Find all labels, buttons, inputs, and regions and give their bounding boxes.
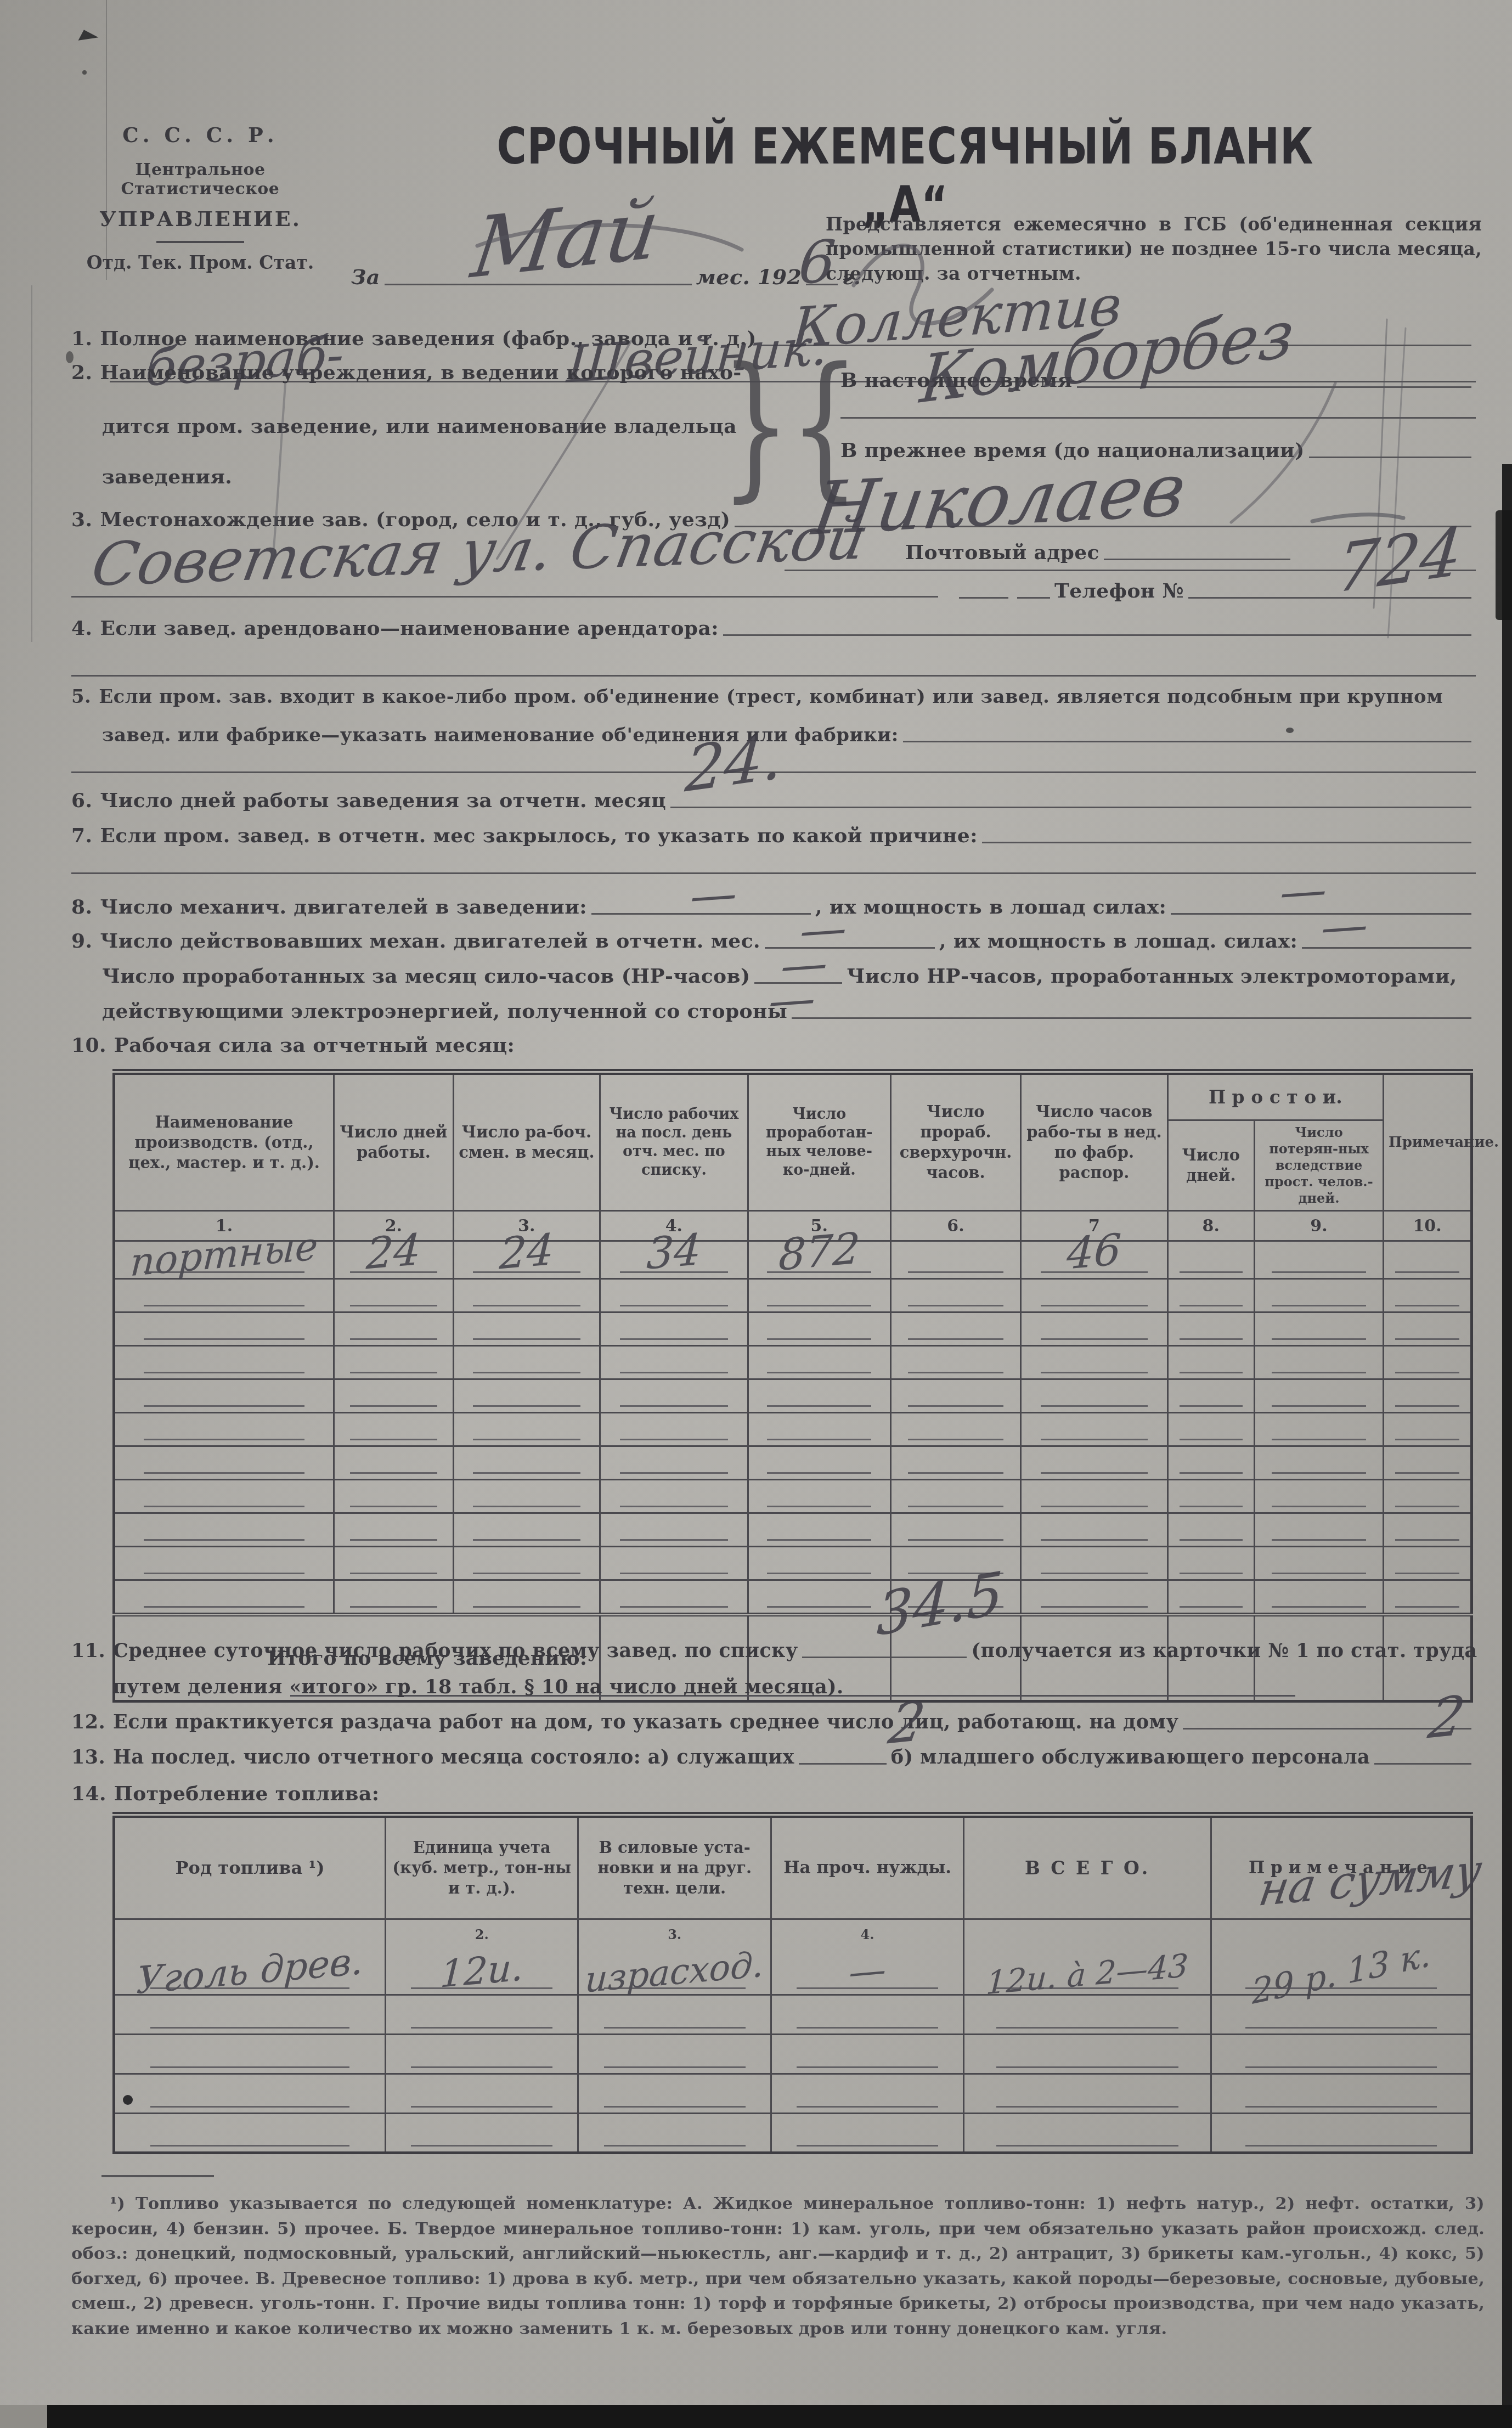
item10-line: 10. Рабочая сила за отчетный месяц:	[71, 1034, 515, 1057]
labor-table-body: портные 24 24 34 872 46	[114, 1241, 1472, 1702]
telephone-answer-line	[1188, 597, 1471, 599]
letterhead-bureau-line2: УПРАВЛЕНИЕ.	[71, 206, 329, 231]
item5-label-line1: Если пром. зав. входит в какое-либо пром…	[99, 686, 1443, 708]
item7-line: 7. Если пром. завед. в отчетн. мес закры…	[71, 824, 1476, 847]
closing-brace: }	[720, 347, 791, 504]
item12-label: Если практикуется раздача работ на дом, …	[113, 1711, 1178, 1733]
item9-label-c: Число проработанных за месяц сило-часов …	[102, 965, 750, 988]
corner-mark	[78, 30, 99, 48]
labor-data-row: портные 24 24 34 872 46	[114, 1241, 1472, 1279]
fuel-col4-header: На проч. нужды.	[771, 1815, 963, 1919]
item7-label: Если пром. завед. в отчетн. мес закрылос…	[100, 824, 977, 847]
item5-line1: 5. Если пром. зав. входит в какое-либо п…	[71, 686, 1443, 708]
item2-now-answer-line2	[840, 417, 1476, 419]
item6-answer-line	[670, 807, 1471, 808]
labor-prostoi-group-header: П р о с т о и.	[1167, 1072, 1384, 1120]
labor-colnum-8: 8.	[1167, 1211, 1254, 1241]
item10-number: 10.	[71, 1034, 106, 1057]
telephone-prefix-line1	[959, 596, 1008, 599]
item7-answer-line2	[71, 872, 1476, 874]
postal-address-line: Почтовый адрес	[905, 541, 1295, 564]
labor-table: Наименование производств. (отд., цех., м…	[112, 1069, 1473, 1703]
item11-label-b: (получается из карточки № 1 по стат. тру…	[971, 1640, 1477, 1662]
footnote-text: ¹) Топливо указывается по следующей номе…	[71, 2192, 1485, 2341]
labor-col9-header: Число потерян-ных вследствие прост. чело…	[1254, 1120, 1383, 1211]
item9-label-e: действующими электроэнергией, полученной…	[102, 1000, 787, 1023]
item4-label: Если завед. арендовано—наименование арен…	[100, 617, 718, 640]
hw-days-worked: 24	[334, 1222, 454, 1282]
item12-number: 12.	[71, 1711, 105, 1733]
scan-edge-bottom-left-gap	[0, 2405, 47, 2428]
item11-line2: путем деления «итого» гр. 18 табл. § 10 …	[112, 1676, 844, 1698]
item2-label-line3: заведения.	[102, 465, 232, 488]
item14-line: 14. Потребление топлива:	[71, 1782, 379, 1805]
labor-colnum-6: 6.	[890, 1211, 1021, 1241]
ink-blot-fuel-table	[123, 2095, 133, 2105]
scan-edge-bottom	[0, 2405, 1512, 2428]
item13-label-b: б) младшего обслуживающего персонала	[891, 1746, 1370, 1768]
fuel-data-row: Уголь древ. 12и. израсход. — 12и. à 2—43…	[114, 1948, 1472, 1995]
hw-fuel-other-use: —	[771, 1941, 963, 2001]
fuel-colnum-5	[964, 1919, 1211, 1949]
item13-answer-line-b	[1374, 1763, 1471, 1765]
item9-label-b: , их мощность в лошад. силах:	[939, 929, 1297, 953]
item8-label-a: Число механич. двигателей в заведении:	[100, 895, 587, 919]
period-mes-label: мес. 192	[696, 264, 802, 289]
item13-answer-line-a	[799, 1762, 887, 1765]
item11-label-a: Среднее суточное число рабочих по всему …	[113, 1640, 798, 1662]
item2-label-line2: дится пром. заведение, или наименование …	[102, 415, 737, 438]
labor-col8-header: Число дней.	[1167, 1120, 1254, 1211]
item2-number: 2.	[71, 361, 92, 384]
item2-before-answer-line	[1309, 457, 1471, 458]
item1-number: 1.	[71, 327, 92, 350]
item13-number: 13.	[71, 1746, 105, 1768]
letterhead-country: С. С. С. Р.	[71, 123, 329, 147]
scan-edge-right-notch	[1496, 510, 1512, 620]
item4-answer-line2	[71, 675, 1476, 677]
footnote-separator	[101, 2175, 214, 2177]
submission-note: Представляется ежемесячно в ГСБ (об'един…	[826, 212, 1482, 286]
labor-col4-header: Число рабочих на посл. день отч. мес. по…	[600, 1072, 748, 1211]
ink-speck	[82, 70, 87, 75]
item10-label: Рабочая сила за отчетный месяц:	[114, 1034, 515, 1057]
item2-line2: дится пром. заведение, или наименование …	[102, 415, 737, 438]
item9-answer-line-e	[792, 1017, 1471, 1019]
item14-number: 14.	[71, 1782, 106, 1805]
labor-col3-header: Число ра-боч. смен. в месяц.	[453, 1072, 600, 1211]
item2-line3: заведения.	[102, 465, 232, 488]
postal-address-answer-line	[1104, 559, 1290, 560]
item6-label: Число дней работы заведения за отчетн. м…	[100, 789, 666, 812]
labor-col5-header: Число проработан-ных челове-ко-дней.	[748, 1072, 890, 1211]
letterhead-bureau-line1: Центральное Статистическое	[71, 160, 329, 199]
period-g-label: г.	[842, 266, 861, 289]
fuel-col5-header: В С Е Г О.	[964, 1815, 1211, 1919]
item12-line: 12. Если практикуется раздача работ на д…	[71, 1711, 1476, 1733]
period-za-label: За	[351, 264, 380, 289]
item13-label-a: На послед. число отчетного месяца состоя…	[113, 1746, 794, 1768]
hw-fuel-unit: 12и.	[386, 1941, 578, 2001]
item5-line2: завед. или фабрике—указать наименование …	[102, 724, 1476, 746]
item11-number: 11.	[71, 1640, 105, 1662]
item4-number: 4.	[71, 617, 92, 640]
hw-year-digit: 6	[797, 227, 838, 297]
hw-fuel-power-use: израсход.	[578, 1943, 771, 2001]
item7-answer-line	[982, 842, 1471, 843]
item8-line: 8. Число механич. двигателей в заведении…	[71, 895, 1476, 919]
telephone-prefix-line2	[1017, 596, 1050, 599]
item6-number: 6.	[71, 789, 92, 812]
fuel-col3-header: В силовые уста-новки и на друг. техн. це…	[578, 1815, 771, 1919]
fuel-table-body: Уголь древ. 12и. израсход. — 12и. à 2—43…	[114, 1948, 1472, 2153]
item9-label-d: Число НР-часов, проработанных электромот…	[847, 965, 1457, 988]
telephone-label: Телефон №	[1054, 579, 1184, 602]
hw-engines-count: —	[689, 866, 739, 924]
labor-col10-header: Примечание.	[1384, 1072, 1472, 1211]
item11-answer-line	[802, 1655, 967, 1658]
item11-line1: 11. Среднее суточное число рабочих по вс…	[71, 1640, 1476, 1662]
item9-line1: 9. Число действовавших механ. двигателей…	[71, 929, 1476, 953]
item8-label-b: , их мощность в лошад силах:	[815, 895, 1166, 919]
hw-engines-power: —	[1278, 862, 1329, 920]
item7-number: 7.	[71, 824, 92, 847]
letterhead-divider	[156, 241, 244, 243]
item5-answer-line	[903, 741, 1471, 742]
item2-line1: 2. Наименование учреждения, в ведении ко…	[71, 361, 742, 384]
item14-label: Потребление топлива:	[114, 1782, 380, 1805]
hw-working-days: 24.	[683, 720, 785, 807]
fuel-colnum-3: 3.	[578, 1919, 771, 1949]
letterhead: С. С. С. Р. Центральное Статистическое У…	[71, 123, 329, 273]
item13-line: 13. На послед. число отчетного месяца со…	[71, 1746, 1476, 1768]
item4-line: 4. Если завед. арендовано—наименование а…	[71, 617, 1476, 640]
labor-col1-header: Наименование производств. (отд., цех., м…	[114, 1072, 334, 1211]
hw-electro-hours: —	[767, 971, 817, 1029]
item9-number: 9.	[71, 929, 92, 953]
item2-label-line1: Наименование учреждения, в ведении котор…	[100, 361, 741, 384]
item9-label-a: Число действовавших механ. двигателей в …	[100, 929, 760, 953]
labor-colnum-9: 9.	[1254, 1211, 1383, 1241]
item3-number: 3.	[71, 508, 92, 531]
labor-col7-header: Число часов рабо-ты в нед. по фабр. расп…	[1021, 1072, 1167, 1211]
postal-address-label: Почтовый адрес	[905, 541, 1099, 564]
labor-col2-header: Число дней работы.	[334, 1072, 453, 1211]
labor-colnum-10: 10.	[1384, 1211, 1472, 1241]
item5-number: 5.	[71, 686, 91, 708]
item11-label-c: путем деления «итого» гр. 18 табл. § 10 …	[112, 1676, 844, 1698]
fuel-col1-header: Род топлива ¹)	[114, 1815, 386, 1919]
scan-edge-right	[1502, 464, 1512, 2428]
labor-col6-header: Число прораб. сверхурочн. часов.	[890, 1072, 1021, 1211]
scanned-form-page: С. С. С. Р. Центральное Статистическое У…	[0, 0, 1512, 2428]
paper-crease-left	[31, 285, 32, 642]
street-answer-line	[71, 596, 938, 598]
ink-blot-item5	[1286, 728, 1294, 733]
letterhead-dept: Отд. Тек. Пром. Стат.	[71, 252, 329, 273]
item4-answer-line	[723, 634, 1471, 636]
hw-active-power: —	[1319, 897, 1370, 955]
fuel-col2-header: Единица учета (куб. метр., тон-ны и т. д…	[386, 1815, 578, 1919]
item8-number: 8.	[71, 895, 92, 919]
